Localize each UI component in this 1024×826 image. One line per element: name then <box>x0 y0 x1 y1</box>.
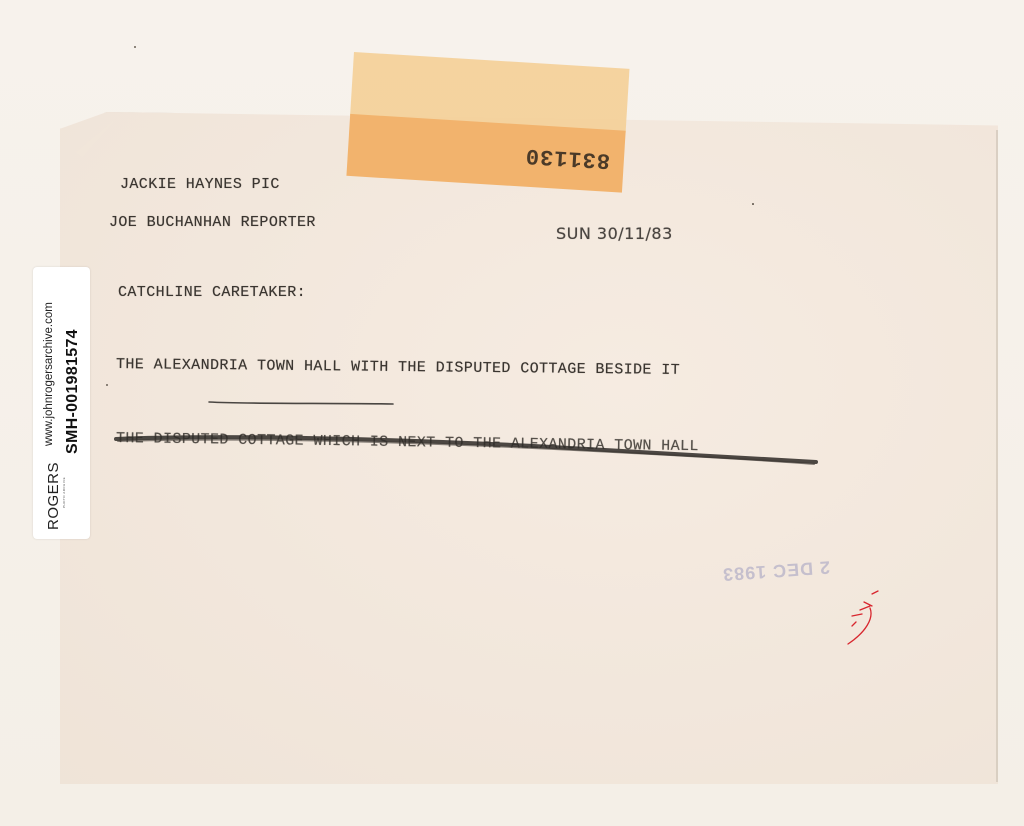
archive-brand: ROGERS <box>45 462 62 530</box>
paper-edge <box>996 130 998 782</box>
pencil-underline <box>208 400 394 406</box>
dust-speck <box>134 46 136 48</box>
tape-strip: 831130 <box>345 52 629 215</box>
reporter-line: JOE BUCHANHAN REPORTER <box>109 214 316 231</box>
date-line: SUN 30/11/83 <box>556 224 673 243</box>
dust-speck <box>106 384 108 386</box>
archive-brand-sub: PHOTO ARCHIVE <box>62 477 66 508</box>
archive-label-content: ROGERS PHOTO ARCHIVE www.johnrogersarchi… <box>37 272 87 534</box>
archive-id: SMH-001981574 <box>64 329 82 454</box>
archive-label: ROGERS PHOTO ARCHIVE www.johnrogersarchi… <box>33 267 90 539</box>
tape-number: 831130 <box>524 143 611 173</box>
catchline: CATCHLINE CARETAKER: <box>118 284 306 301</box>
pencil-strikethrough <box>114 428 818 470</box>
archive-url: www.johnrogersarchive.com <box>43 302 55 446</box>
photographer-line: JACKIE HAYNES PIC <box>120 176 280 193</box>
dust-speck <box>752 203 754 205</box>
red-pen-mark <box>836 588 886 648</box>
